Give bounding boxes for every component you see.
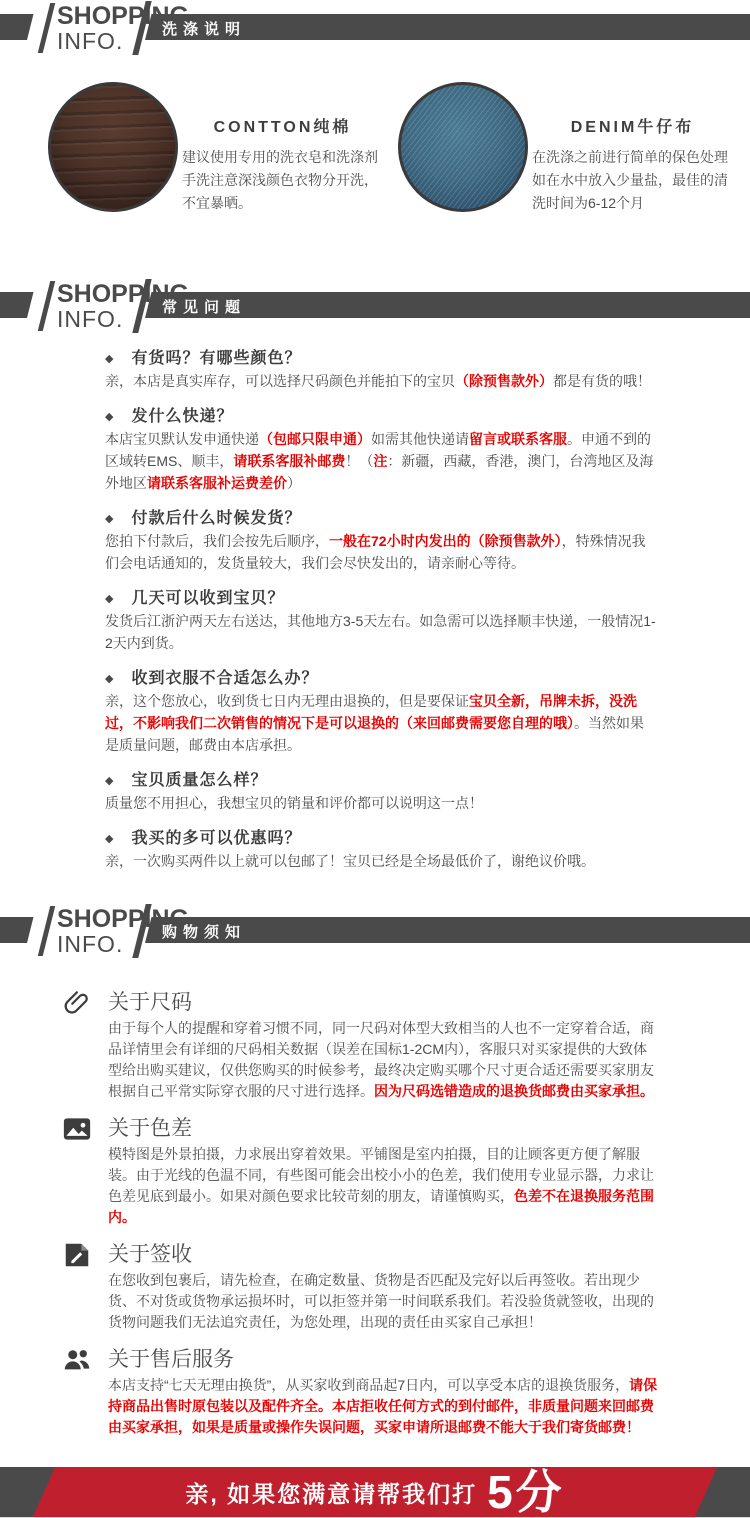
diamond-bullet-icon: ◆ — [105, 828, 114, 850]
diamond-bullet-icon: ◆ — [105, 588, 114, 610]
section-header-notice: SHOPPING INFO. 购物须知 — [0, 903, 750, 959]
highlighted-text: 请联系客服补邮费 — [233, 453, 345, 469]
notice-header: 关于色差 — [62, 1114, 670, 1144]
fabric-description: 在洗涤之前进行简单的保色处理如在水中放入少量盐，最佳的清洗时间为6-12个月 — [532, 146, 733, 215]
notice-title: 关于签收 — [108, 1242, 192, 1268]
notice-title: 关于售后服务 — [108, 1347, 234, 1373]
faq-question: ◆ 收到衣服不合适怎么办？ — [105, 668, 657, 690]
cotton-fabric-swatch — [48, 82, 178, 212]
users-icon — [62, 1345, 92, 1375]
section-title: 常见问题 — [162, 296, 246, 317]
section-title: 洗涤说明 — [162, 18, 246, 39]
diamond-bullet-icon: ◆ — [105, 348, 114, 370]
notice-item: 关于签收 在您收到包裹后，请先检查，在确定数量、货物是否匹配及完好以后再签收。若… — [62, 1240, 670, 1333]
diamond-bullet-icon: ◆ — [105, 406, 114, 428]
faq-question-text: 几天可以收到宝贝？ — [131, 588, 284, 610]
faq-question-text: 发什么快递？ — [131, 406, 233, 428]
fabric-text: DENIM牛仔布 在洗涤之前进行简单的保色处理如在水中放入少量盐，最佳的清洗时间… — [532, 100, 733, 234]
diamond-bullet-icon: ◆ — [105, 770, 114, 792]
fabric-description: 建议使用专用的洗衣皂和洗涤剂手洗注意深浅颜色衣物分开洗，不宜暴晒。 — [182, 146, 383, 215]
faq-question-text: 我买的多可以优惠吗？ — [131, 828, 301, 850]
notice-body: 由于每个人的提醒和穿着习惯不同，同一尺码对体型大致相当的人也不一定穿着合适，商品… — [108, 1018, 660, 1102]
faq-item: ◆ 发什么快递？ 本店宝贝默认发申通快递（包邮只限申通）如需其他快递请留言或联系… — [105, 406, 657, 494]
faq-question: ◆ 付款后什么时候发货？ — [105, 508, 657, 530]
fabric-text: CONTTON纯棉 建议使用专用的洗衣皂和洗涤剂手洗注意深浅颜色衣物分开洗，不宜… — [182, 100, 383, 234]
highlighted-text: 因为尺码选错造成的退换货邮费由买家承担。 — [374, 1083, 654, 1099]
faq-answer: 亲，这个您放心，收到货七日内无理由退换的，但是要保证宝贝全新，吊牌未拆，没洗过，… — [105, 690, 657, 756]
notice-item: 关于尺码 由于每个人的提醒和穿着习惯不同，同一尺码对体型大致相当的人也不一定穿着… — [62, 988, 670, 1102]
faq-question-text: 宝贝质量怎么样？ — [131, 770, 267, 792]
faq-answer: 亲，一次购买两件以上就可以包邮了！宝贝已经是全场最低价了，谢绝议价哦。 — [105, 850, 657, 872]
faq-list: ◆ 有货吗？有哪些颜色？ 亲，本店是真实库存，可以选择尺码颜色并能拍下的宝贝（除… — [105, 348, 657, 872]
faq-question: ◆ 几天可以收到宝贝？ — [105, 588, 657, 610]
diamond-bullet-icon: ◆ — [105, 508, 114, 530]
faq-question-text: 有货吗？有哪些颜色？ — [131, 348, 301, 370]
faq-question: ◆ 我买的多可以优惠吗？ — [105, 828, 657, 850]
notice-title: 关于尺码 — [108, 990, 192, 1016]
notice-title: 关于色差 — [108, 1116, 192, 1142]
faq-answer: 本店宝贝默认发申通快递（包邮只限申通）如需其他快递请留言或联系客服。申通不到的区… — [105, 428, 657, 494]
notice-body: 本店支持“七天无理由换货”，从买家收到商品起7日内，可以享受本店的退换货服务，请… — [108, 1375, 660, 1438]
fabric-care-item: DENIM牛仔布 在洗涤之前进行简单的保色处理如在水中放入少量盐，最佳的清洗时间… — [398, 82, 733, 234]
highlighted-text: 请联系客服补运费差价 — [147, 475, 287, 491]
rating-banner: 亲, 如果您满意请帮我们打 5分 — [0, 1467, 750, 1518]
faq-item: ◆ 宝贝质量怎么样？ 质量您不用担心，我想宝贝的销量和评价都可以说明这一点！ — [105, 770, 657, 814]
highlighted-text: 注 — [373, 453, 387, 469]
notice-item: 关于色差 模特图是外景拍摄，力求展出穿着效果。平铺图是室内拍摄，目的让顾客更方便… — [62, 1114, 670, 1228]
paperclip-icon — [62, 988, 92, 1018]
faq-answer: 亲，本店是真实库存，可以选择尺码颜色并能拍下的宝贝（除预售款外）都是有货的哦！ — [105, 370, 657, 392]
faq-question-text: 付款后什么时候发货？ — [131, 508, 301, 530]
faq-question: ◆ 发什么快递？ — [105, 406, 657, 428]
notice-body: 在您收到包裹后，请先检查，在确定数量、货物是否匹配及完好以后再签收。若出现少货、… — [108, 1270, 660, 1333]
banner-text: 亲, 如果您满意请帮我们打 5分 — [0, 1467, 750, 1517]
banner-message: 亲, 如果您满意请帮我们打 — [185, 1476, 477, 1509]
notice-item: 关于售后服务 本店支持“七天无理由换货”，从买家收到商品起7日内，可以享受本店的… — [62, 1345, 670, 1438]
signature-icon — [62, 1240, 92, 1270]
image-icon — [62, 1114, 92, 1144]
highlighted-text: 留言或联系客服 — [469, 431, 567, 447]
faq-answer: 质量您不用担心，我想宝贝的销量和评价都可以说明这一点！ — [105, 792, 657, 814]
faq-question: ◆ 有货吗？有哪些颜色？ — [105, 348, 657, 370]
faq-item: ◆ 我买的多可以优惠吗？ 亲，一次购买两件以上就可以包邮了！宝贝已经是全场最低价… — [105, 828, 657, 872]
faq-item: ◆ 收到衣服不合适怎么办？ 亲，这个您放心，收到货七日内无理由退换的，但是要保证… — [105, 668, 657, 756]
faq-question-text: 收到衣服不合适怎么办？ — [131, 668, 318, 690]
notice-body: 模特图是外景拍摄，力求展出穿着效果。平铺图是室内拍摄，目的让顾客更方便了解服装。… — [108, 1144, 660, 1228]
highlighted-text: 一般在72小时内发出的（除预售款外） — [329, 533, 562, 549]
banner-score: 5分 — [487, 1469, 565, 1515]
diamond-bullet-icon: ◆ — [105, 668, 114, 690]
notice-header: 关于尺码 — [62, 988, 670, 1018]
faq-item: ◆ 几天可以收到宝贝？ 发货后江浙沪两天左右送达，其他地方3-5天左右。如急需可… — [105, 588, 657, 654]
notice-list: 关于尺码 由于每个人的提醒和穿着习惯不同，同一尺码对体型大致相当的人也不一定穿着… — [62, 988, 670, 1438]
section-header-faq: SHOPPING INFO. 常见问题 — [0, 278, 750, 334]
faq-item: ◆ 付款后什么时候发货？ 您拍下付款后，我们会按先后顺序，一般在72小时内发出的… — [105, 508, 657, 574]
fabric-title: DENIM牛仔布 — [532, 114, 733, 137]
shopping-info-page: SHOPPING INFO. 洗涤说明 CONTTON纯棉 建议使用专用的洗衣皂… — [0, 0, 750, 1518]
faq-question: ◆ 宝贝质量怎么样？ — [105, 770, 657, 792]
faq-answer: 您拍下付款后，我们会按先后顺序，一般在72小时内发出的（除预售款外），特殊情况我… — [105, 530, 657, 574]
highlighted-text: （包邮只限申通） — [259, 431, 371, 447]
faq-answer: 发货后江浙沪两天左右送达，其他地方3-5天左右。如急需可以选择顺丰快递，一般情况… — [105, 610, 657, 654]
section-title: 购物须知 — [162, 921, 246, 942]
faq-item: ◆ 有货吗？有哪些颜色？ 亲，本店是真实库存，可以选择尺码颜色并能拍下的宝贝（除… — [105, 348, 657, 392]
highlighted-text: （除预售款外） — [455, 373, 553, 389]
section-header-washing: SHOPPING INFO. 洗涤说明 — [0, 0, 750, 56]
fabric-title: CONTTON纯棉 — [182, 114, 383, 137]
fabric-care-row: CONTTON纯棉 建议使用专用的洗衣皂和洗涤剂手洗注意深浅颜色衣物分开洗，不宜… — [48, 82, 750, 234]
notice-header: 关于签收 — [62, 1240, 670, 1270]
denim-fabric-swatch — [398, 82, 528, 212]
notice-header: 关于售后服务 — [62, 1345, 670, 1375]
fabric-care-item: CONTTON纯棉 建议使用专用的洗衣皂和洗涤剂手洗注意深浅颜色衣物分开洗，不宜… — [48, 82, 383, 234]
